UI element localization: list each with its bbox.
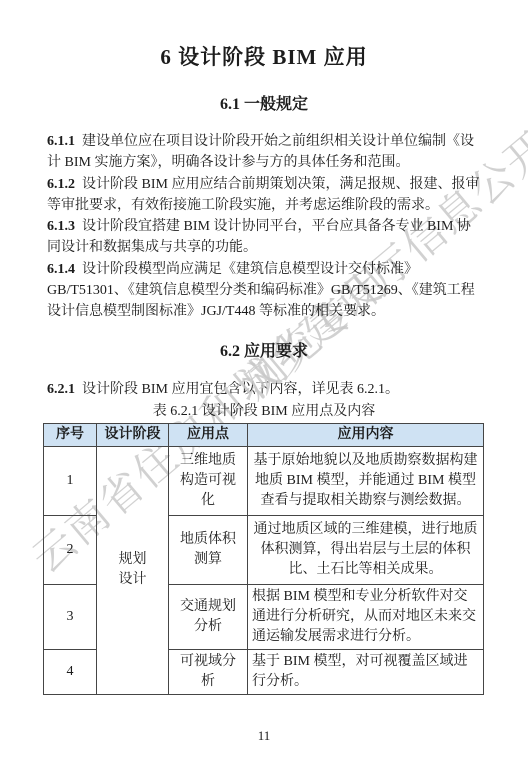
section-6-2-heading: 6.2 应用要求 [0, 341, 528, 362]
clause-text: 设计阶段宜搭建 BIM 设计协同平台，平台应具备各专业 BIM 协同设计和数据集… [47, 219, 471, 255]
cell-content: 通过地质区域的三维建模，进行地质体积测算，得出岩层与土层的体积比、土石比等相关成… [248, 515, 484, 584]
header-content: 应用内容 [248, 423, 484, 446]
page-number: 11 [0, 728, 528, 744]
table-header-row: 序号 设计阶段 应用点 应用内容 [44, 423, 484, 446]
clause-number: 6.1.2 [47, 177, 75, 192]
clause-text: 建设单位应在项目设计阶段开始之前组织相关设计单位编制《设计 BIM 实施方案》，… [47, 134, 474, 170]
table-row: 1 规划 设计 三维地质构造可视化 基于原始地貌以及地质勘察数据构建地质 BIM… [44, 446, 484, 515]
clause-6-2-1: 6.2.1设计阶段 BIM 应用宜包含以下内容，详见表 6.2.1。 [47, 379, 482, 400]
clause-6-1-2: 6.1.2设计阶段 BIM 应用应结合前期策划决策，满足报规、报建、报审等审批要… [47, 174, 482, 217]
cell-seq: 3 [44, 584, 97, 649]
table-caption: 表 6.2.1 设计阶段 BIM 应用点及内容 [0, 401, 528, 422]
cell-point: 地质体积测算 [169, 515, 248, 584]
section-6-1-heading: 6.1 一般规定 [0, 94, 528, 115]
clause-text: 设计阶段 BIM 应用应结合前期策划决策，满足报规、报建、报审等审批要求，有效衔… [47, 177, 479, 213]
section-6-1-body: 6.1.1建设单位应在项目设计阶段开始之前组织相关设计单位编制《设计 BIM 实… [47, 131, 482, 323]
cell-point: 交通规划分析 [169, 584, 248, 649]
chapter-title: 6 设计阶段 BIM 应用 [0, 0, 528, 72]
cell-point: 可视域分析 [169, 649, 248, 694]
cell-point: 三维地质构造可视化 [169, 446, 248, 515]
bim-application-table: 序号 设计阶段 应用点 应用内容 1 规划 设计 三维地质构造可视化 基于原始地… [43, 423, 484, 695]
clause-number: 6.2.1 [47, 382, 75, 397]
clause-text: 设计阶段 BIM 应用宜包含以下内容，详见表 6.2.1。 [82, 382, 399, 397]
cell-content: 基于 BIM 模型，对可视覆盖区域进行分析。 [248, 649, 484, 694]
header-seq: 序号 [44, 423, 97, 446]
header-point: 应用点 [169, 423, 248, 446]
cell-seq: 1 [44, 446, 97, 515]
clause-number: 6.1.3 [47, 219, 75, 234]
clause-6-1-3: 6.1.3设计阶段宜搭建 BIM 设计协同平台，平台应具备各专业 BIM 协同设… [47, 216, 482, 259]
cell-content: 根据 BIM 模型和专业分析软件对交通进行分析研究，从而对地区未来交通运输发展需… [248, 584, 484, 649]
clause-number: 6.1.1 [47, 134, 75, 149]
cell-seq: 4 [44, 649, 97, 694]
cell-seq: 2 [44, 515, 97, 584]
cell-stage: 规划 设计 [97, 446, 169, 694]
header-stage: 设计阶段 [97, 423, 169, 446]
clause-6-1-1: 6.1.1建设单位应在项目设计阶段开始之前组织相关设计单位编制《设计 BIM 实… [47, 131, 482, 174]
cell-content: 基于原始地貌以及地质勘察数据构建地质 BIM 模型，并能通过 BIM 模型查看与… [248, 446, 484, 515]
clause-number: 6.1.4 [47, 262, 75, 277]
clause-6-1-4: 6.1.4设计阶段模型尚应满足《建筑信息模型设计交付标准》GB/T51301、《… [47, 259, 482, 323]
clause-text: 设计阶段模型尚应满足《建筑信息模型设计交付标准》GB/T51301、《建筑信息模… [47, 262, 475, 320]
document-page: 云南省住房和城乡建设厅信息公开 浏览专用 6 设计阶段 BIM 应用 6.1 一… [0, 0, 528, 767]
